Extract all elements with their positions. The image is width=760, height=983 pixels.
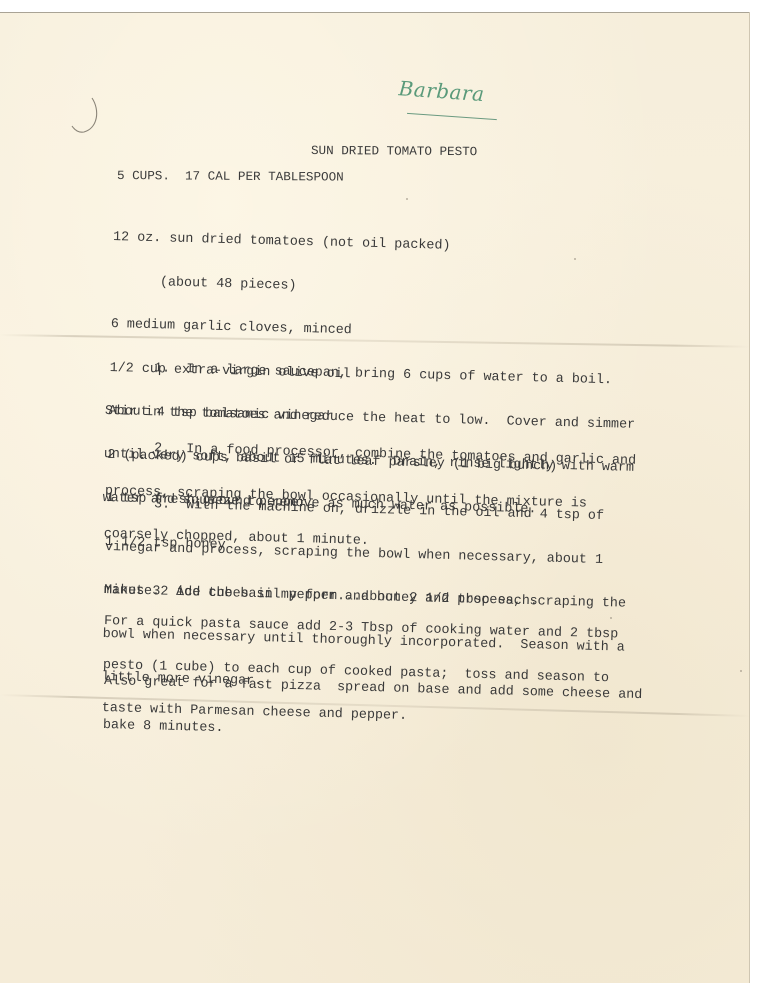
step-line: coarsely chopped, about 1 minute. xyxy=(104,528,634,556)
ingredient-item: 6 medium garlic cloves, minced xyxy=(111,318,561,344)
instruction-step-1: 1. In a large saucepan, bring 6 cups of … xyxy=(102,332,637,549)
handwritten-name-text: Barbara xyxy=(398,76,509,108)
step-line: water and squeeze to remove as much wate… xyxy=(102,491,633,519)
note-yield-cubes: Makes 32 ice cubes in my form...about 2 … xyxy=(103,555,539,639)
ingredient-list: 12 oz. sun dried tomatoes (not oil packe… xyxy=(104,202,564,591)
step-number: 3. xyxy=(154,497,170,512)
step-line: Stir in the tomatoes and reduce the heat… xyxy=(105,404,636,432)
recipe-title: SUN DRIED TOMATO PESTO xyxy=(311,144,477,160)
step-line: In a food processor, combine the tomatoe… xyxy=(186,442,636,469)
note-line: Also great for a fast pizza spread on ba… xyxy=(104,675,643,704)
instruction-step-2: 2. In a food processor, combine the toma… xyxy=(103,412,637,585)
step-line: With the machine on, drizzle in the oil … xyxy=(186,498,604,524)
note-pizza: Also great for a fast pizza spread on ba… xyxy=(102,646,643,776)
note-line: For a quick pasta sauce add 2-3 Tbsp of … xyxy=(104,615,619,643)
paper-speck xyxy=(406,198,408,200)
step-number: 2. xyxy=(154,441,170,456)
ingredient-item: 1 tsp fresh ground pepper xyxy=(106,492,556,518)
ingredient-item: 1 1/2 tsp honey xyxy=(105,535,555,561)
ingredient-item: 1/2 cup extra-virgin olive oil xyxy=(109,361,559,387)
note-line: bake 8 minutes. xyxy=(103,718,642,747)
ingredient-item: 2 (packed) cups basil or flat leaf parsl… xyxy=(107,448,557,474)
scanned-recipe-page: Barbara SUN DRIED TOMATO PESTO 5 CUPS. 1… xyxy=(0,12,750,983)
ingredient-item: About 4 tsp balsamic vinegar xyxy=(108,405,558,431)
step-line: bowl when necessary until thoroughly inc… xyxy=(102,627,625,655)
note-line: Makes 32 ice cubes in my form...about 2 … xyxy=(104,584,538,610)
paper-speck xyxy=(574,258,576,260)
step-line: little more vinegar. xyxy=(101,671,624,699)
step-line: until very soft, about 15 minutes. Drain… xyxy=(104,448,635,476)
paper-speck xyxy=(610,617,612,619)
handwritten-underline xyxy=(407,113,497,120)
handwritten-name: Barbara xyxy=(397,76,510,126)
note-pasta-sauce: For a quick pasta sauce add 2-3 Tbsp of … xyxy=(101,586,619,759)
recipe-yield: 5 CUPS. 17 CAL PER TABLESPOON xyxy=(117,169,344,185)
note-line: pesto (1 cube) to each cup of cooked pas… xyxy=(103,658,618,686)
fold-crease xyxy=(0,334,750,348)
ingredient-item: 12 oz. sun dried tomatoes (not oil packe… xyxy=(113,231,563,257)
paper-speck xyxy=(740,670,742,672)
step-number: 1. xyxy=(154,361,170,376)
note-line: taste with Parmesan cheese and pepper. xyxy=(102,702,617,730)
pencil-arc-mark xyxy=(70,96,102,136)
ingredient-item-note: (about 48 pieces) xyxy=(112,274,562,300)
fold-crease xyxy=(0,694,750,717)
step-line: minute. Add the basil pepper and honey a… xyxy=(104,584,627,612)
step-line: process, scraping the bowl occasionally … xyxy=(105,484,635,512)
step-line: In a large saucepan, bring 6 cups of wat… xyxy=(186,362,612,388)
step-line: vinegar and process, scraping the bowl w… xyxy=(105,540,628,568)
instruction-step-3: 3. With the machine on, drizzle in the o… xyxy=(101,468,630,728)
